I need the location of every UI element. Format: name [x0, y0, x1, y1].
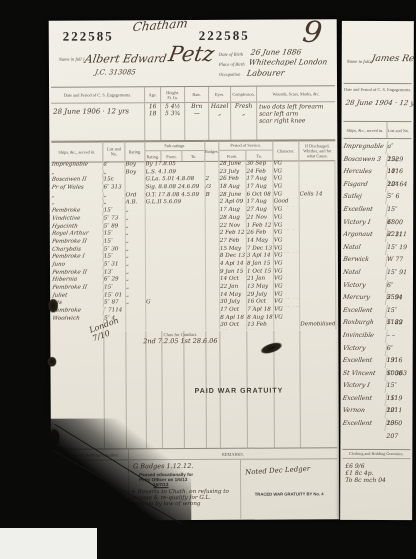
svc-discharge-cause	[300, 199, 336, 207]
svc-discharge-cause	[300, 306, 336, 314]
right-svc-ship: Impregnable	[342, 141, 388, 154]
svc-badge: 2	[206, 176, 220, 184]
svc-list-no: „	[104, 192, 126, 200]
svc-discharge-cause	[300, 314, 336, 322]
desc-header-height: Height. Ft. In.	[161, 87, 185, 102]
right-ship-row: Excellent 15″ 2211	[343, 393, 411, 406]
right-svc-ship: Berwick	[342, 254, 388, 267]
right-engagement-header: Date and Period of C. S. Engagements.	[344, 87, 412, 92]
right-ship-row: Invincible – –	[343, 330, 411, 343]
svc-rating: „	[126, 292, 146, 300]
svc-period-from: 2 Apl 09	[220, 199, 247, 207]
svc-rating	[126, 184, 146, 192]
svc-list-no: „	[104, 200, 126, 208]
svc-list-no: 5″ 30	[104, 246, 126, 254]
right-ship-row: Victory I 15″ 1119	[343, 380, 411, 393]
right-ship-row: Fisgard 10″ 64	[343, 179, 411, 192]
svc-badge	[206, 307, 220, 315]
right-svc-ship: Fisgard	[342, 179, 388, 192]
svc-list-no: 5″ 87	[104, 300, 126, 308]
svc-character: VG	[273, 168, 299, 176]
svc-header-list-no: List and No.	[103, 141, 125, 161]
svc-rating: „	[126, 246, 146, 254]
svc-period-from: 14 Oct 15	[220, 276, 247, 284]
desc-engagement-value: 28 June 1906 · 12 yrs	[51, 103, 145, 141]
right-svc-list-no: 10″ 64	[387, 179, 409, 192]
svc-discharge-cause	[300, 176, 336, 184]
name-reference-note: J.C. 313085	[94, 68, 136, 76]
svc-list-no: 15″ 6923	[104, 284, 126, 292]
service-number-left: 222585	[63, 28, 114, 44]
right-ship-row: Victory I 6″ 2211	[343, 216, 411, 229]
paid-war-gratuity-stamp: PAID WAR GRATUITY	[195, 388, 284, 395]
svc-ship: Pembroke II	[51, 238, 104, 246]
svc-character: VG 31.12.13	[274, 245, 300, 253]
svc-header-period-label: Period of Service.	[219, 141, 272, 151]
right-ship-row: Natal 15″ 91	[343, 267, 411, 280]
svc-period-to: 21 Nov 09	[247, 214, 274, 222]
svc-character: VG 31.12.09	[274, 214, 300, 222]
svc-period-to: 8 Aug 18	[247, 314, 274, 322]
pob-value: Whitechapel London	[248, 57, 328, 66]
svc-period-to: 7 Apl 18	[247, 307, 274, 315]
svc-period-to: 27 Aug 09	[247, 207, 274, 215]
service-table-header: Ships, &c., served in. List and No. Rati…	[51, 139, 335, 162]
right-svc-list-no: 15″ 2211	[387, 393, 409, 406]
svc-discharge-cause	[300, 214, 336, 222]
right-svc-ship: Argonaut	[342, 229, 388, 242]
svc-list-no: 5″ 73	[104, 215, 126, 223]
svc-character: VG 31.12.16	[274, 291, 300, 299]
right-ship-row: Boscawen 3 15c 1116	[343, 153, 411, 166]
svc-list-no: 5″ 89	[104, 223, 126, 231]
desc-marks-value: two dots left forearm scar left arm scar…	[257, 102, 335, 140]
right-ship-row: Natal 15″ 19	[343, 242, 411, 255]
svc-period-from: 23 July 07	[219, 168, 246, 176]
svc-header-period: Period of Service. From. To.	[219, 141, 273, 161]
desc-age-value: 16 18	[145, 103, 161, 141]
right-svc-list-no: 15″ 1189	[387, 305, 409, 318]
svc-rating	[126, 315, 146, 323]
svc-subheader-to: To.	[183, 151, 205, 161]
svc-character: Good 31.12.08	[274, 199, 300, 207]
right-svc-list-no: 6″ 2211	[387, 217, 409, 230]
name-label: Name in full }	[59, 57, 85, 62]
occupation-value: Labourer	[246, 69, 285, 78]
svc-header-badges: Badges.	[205, 141, 219, 161]
right-svc-list-no: 6″ 2594	[387, 280, 409, 293]
svc-rating	[126, 323, 146, 331]
right-engagement-value: 28 June 1904 · 12 y	[345, 99, 414, 107]
svc-discharge-cause	[300, 299, 336, 307]
svc-rating: „	[126, 238, 146, 246]
right-svc-ship: Excellent	[342, 355, 388, 368]
svc-period-from: 22 Jan 16	[220, 284, 247, 292]
svc-period-to: 17 Aug 08	[247, 176, 274, 184]
svc-header-ships: Ships, &c., served in.	[51, 141, 103, 161]
first-names-handwritten: Albert Edward	[84, 52, 168, 65]
svc-period-from: 22 Nov 09	[220, 222, 247, 230]
svc-header-subratings-label: Sub-ratings.	[145, 141, 204, 151]
svc-period-to: 16 Oct 17	[247, 299, 274, 307]
svc-discharge-cause	[299, 168, 335, 176]
svc-period-to: 13 Feb 19	[247, 322, 274, 330]
service-rows: Impregnable a″ 1111 Boy By 17.8.05 28 Ju…	[51, 160, 336, 331]
svc-badge	[206, 238, 220, 246]
svc-character: VG 31.12.06	[274, 191, 300, 199]
right-svc-ship: Natal	[342, 267, 388, 280]
svc-period-from: 14 May 16	[220, 291, 247, 299]
svc-list-no: 15″ 01	[104, 292, 126, 300]
svc-badge	[206, 315, 220, 323]
right-ship-row: Excellent 15″ 1189	[343, 305, 411, 318]
svc-rating: „	[126, 269, 146, 277]
svc-period-to: 14 May 13	[247, 237, 274, 245]
svc-discharge-cause	[299, 160, 335, 168]
right-svc-list-no: 15″ 1119	[387, 380, 409, 393]
svc-period-to: 29 July 16	[247, 291, 274, 299]
ledger-cell: Noted Dec Ledger TRACED WAR GRATUITY BY …	[241, 459, 337, 520]
svc-ship: Pr of Wales	[51, 185, 104, 193]
svc-rating: „	[126, 277, 146, 285]
svc-badge	[206, 215, 220, 223]
right-ship-row: Excellent 13″ 1000	[343, 355, 411, 368]
svc-list-no: 13″ 5288	[104, 269, 126, 277]
svc-rating: Boy	[125, 169, 145, 177]
right-svc-ship: Invincible	[342, 330, 388, 343]
svc-ship: Vindictive	[51, 215, 104, 223]
svc-period-to: 6 Oct 08	[247, 191, 274, 199]
svc-rating: „	[126, 300, 146, 308]
traced-war-gratuity-stamp: TRACED WAR GRATUITY BY No. 4	[241, 491, 337, 497]
dob-label: Date of Birth	[219, 52, 243, 57]
description-table: Date and Period of C. S. Engagements. Ag…	[51, 85, 335, 142]
right-svc-ship: Hercules	[342, 166, 388, 179]
svc-rating: „	[126, 223, 146, 231]
svc-subheader-rating: Rating.	[145, 151, 161, 161]
svc-list-no: 6″ 313	[104, 184, 126, 192]
svc-badge	[206, 222, 220, 230]
class-for-conduct: Class for Conduct. 2nd 7.2.05 1st 28.6.0…	[132, 332, 228, 346]
right-clothing-notes: £6 9/6 £1 8c 4p. To 8c mch 04	[345, 463, 386, 484]
svc-character	[274, 322, 300, 330]
svc-badge	[206, 199, 220, 207]
right-svc-ship: St Vincent	[342, 368, 388, 381]
right-svc-ship: Excellent	[342, 204, 388, 217]
svc-discharge-cause	[300, 291, 336, 299]
scanned-record-photo: { "main_page": { "service_number_left": …	[0, 0, 416, 559]
svc-list-no: 5″ 31	[104, 261, 126, 269]
right-svc-ship: Mercury	[342, 292, 388, 305]
desc-header-eyes: Eyes.	[209, 87, 231, 102]
right-svc-list-no: 10″ 224	[387, 166, 409, 179]
svc-period-from: 28 June 06	[220, 191, 247, 199]
svc-rating: „	[126, 284, 146, 292]
svc-list-no: ″ 7114	[104, 307, 126, 315]
svc-badge	[206, 268, 220, 276]
desc-hair-value: Brn —	[185, 103, 209, 141]
svc-period-to: 8 Jan 15	[247, 261, 274, 269]
right-svc-list-no: 15″ 91	[387, 267, 409, 280]
svc-period-to: 13 May 16	[247, 284, 274, 292]
svc-list-no: „	[103, 169, 125, 177]
right-svc-list-no: S″ 363	[387, 368, 409, 381]
svc-badge	[205, 169, 219, 177]
svc-period-to: 26 Feb 12	[247, 230, 274, 238]
svc-character: VG	[274, 176, 300, 184]
svc-period-to: 1 Feb 12	[247, 222, 274, 230]
svc-discharge-cause	[300, 245, 336, 253]
right-ship-row: Sutlej 5″ 6	[343, 191, 411, 204]
right-ship-row: Argonaut a″ 311	[343, 229, 411, 242]
class-for-conduct-value: 2nd 7.2.05 1st 28.6.06	[132, 337, 228, 346]
svc-discharge-cause	[300, 237, 336, 245]
svc-badge	[206, 261, 220, 269]
right-svc-ship: Victory I	[341, 380, 387, 393]
svc-character: VG 31.12.14	[274, 260, 300, 268]
ledger-note: Noted Dec Ledger	[241, 461, 315, 479]
right-svc-list-no: – –	[387, 330, 409, 343]
svc-period-from: 9 Jan 15	[220, 268, 247, 276]
record-page-main: 222585 Chatham 222585 9 Name in full } A…	[49, 19, 340, 521]
right-svc-list-no: 15″ 207	[386, 418, 408, 431]
svc-discharge-cause	[300, 283, 336, 291]
svc-badge: B	[206, 192, 220, 200]
svc-period-from: 27 Feb 12	[220, 238, 247, 246]
svc-period-from: 15 May 13	[220, 245, 247, 253]
svc-list-no: 15″ 980	[104, 254, 126, 262]
svc-badge	[206, 276, 220, 284]
svc-list-no: a″ 1111	[103, 161, 125, 169]
right-svc-list-no: W 77	[387, 254, 409, 267]
right-svc-list-no: 5″ 22	[387, 317, 409, 330]
svc-discharge-cause	[300, 253, 336, 261]
svc-ship: Pembroke I	[51, 254, 104, 262]
svc-character: VG 31.12.17	[274, 299, 300, 307]
right-clothing-header: Clothing and Bedding Gratuities.	[342, 451, 410, 459]
right-svc-ship: Vernon	[341, 405, 387, 418]
right-ships-header: Ships, &c., served in. List and No.	[343, 122, 411, 139]
svc-period-to: 24 Feb 08	[246, 168, 273, 176]
right-ship-row: Berwick W 77	[343, 254, 411, 267]
right-svc-ship: Excellent	[341, 393, 387, 406]
svc-ship: Pembroke II	[51, 284, 104, 292]
right-header-ships: Ships, &c., served in.	[343, 122, 387, 138]
svc-ship: Royal Arthur	[51, 231, 104, 239]
svc-ship: Pembroke	[52, 308, 105, 316]
right-ship-rows: Impregnable a″ 2229 Boscawen 3 15c 1116 …	[342, 141, 411, 431]
svc-subheader-from: From.	[161, 151, 183, 161]
record-page-right: Name in full } James Ree Date and Period…	[340, 21, 414, 520]
svc-period-to: 7 Dec 13	[247, 245, 274, 253]
right-svc-list-no: 15″ 19	[387, 242, 409, 255]
occupation-label: Occupation	[219, 72, 240, 77]
svc-discharge-cause	[300, 206, 336, 214]
svc-list-no: 15″ 22037	[104, 207, 126, 215]
svc-period-to: 21 Jan 16	[247, 276, 274, 284]
svc-character: VG 31.12.15	[274, 276, 300, 284]
right-svc-list-no: 15c 1116	[387, 154, 409, 167]
svc-rating	[126, 177, 146, 185]
svc-period-from: 2 Feb 12	[220, 230, 247, 238]
svc-character: VG	[274, 184, 300, 192]
svc-character: VG 31.12.09	[274, 207, 300, 215]
right-svc-ship: Victory	[342, 342, 388, 355]
right-svc-ship: Excellent	[342, 305, 388, 318]
svc-header-character: Character.	[273, 140, 299, 160]
svc-ship: Impregnable	[51, 161, 104, 169]
port-division-handwritten: Chatham	[132, 16, 189, 34]
right-ship-row: Victory 6″ 1916	[343, 342, 411, 355]
right-ship-row: Excellent 15″ 207	[342, 418, 410, 431]
svc-list-no: 6″ 29	[104, 277, 126, 285]
right-ship-row: St Vincent S″ 363	[343, 368, 411, 381]
right-ship-row: Impregnable a″ 2229	[343, 141, 411, 154]
svc-character: VG 31.12.11	[274, 222, 300, 230]
svc-discharge-cause	[300, 276, 336, 284]
svc-discharge-cause	[300, 222, 336, 230]
right-svc-list-no: a″ 2229	[387, 141, 409, 154]
right-svc-list-no: 15″ 1800	[387, 204, 409, 217]
svc-discharge-cause: Cells 14 days	[300, 191, 336, 199]
svc-rating: „	[126, 261, 146, 269]
svc-badge	[206, 284, 220, 292]
svc-discharge-cause	[300, 268, 336, 276]
svc-badge	[206, 207, 220, 215]
right-name-label: Name in full }	[347, 59, 373, 64]
svc-badge	[206, 322, 220, 330]
svc-character: VG	[274, 283, 300, 291]
svc-badge	[206, 292, 220, 300]
right-ship-row: Excellent 15″ 1800	[343, 204, 411, 217]
svc-rating	[126, 307, 146, 315]
svc-character: VG	[274, 253, 300, 261]
svc-character: VG	[274, 307, 300, 315]
svc-rating: „	[126, 207, 146, 215]
pob-label: Place of Birth	[219, 62, 245, 67]
desc-height-value: 5 4½ 5 3¾	[161, 103, 185, 141]
svc-period-from: 18 Aug 08	[220, 184, 247, 192]
right-svc-list-no: 5″ 6	[387, 191, 409, 204]
svc-badge	[206, 230, 220, 238]
svc-rating: „	[126, 254, 146, 262]
svc-ship: Juno	[51, 261, 104, 269]
right-svc-list-no: 5″ 91	[387, 292, 409, 305]
right-svc-ship: Victory I	[342, 216, 388, 229]
right-svc-ship: Natal	[342, 242, 388, 255]
edge-smudge	[48, 299, 58, 313]
svc-period-to: 17 Aug 09	[247, 184, 274, 192]
svc-period-from: 30 July 16	[220, 299, 247, 307]
svc-discharge-cause: Demobilised	[300, 322, 336, 330]
svc-discharge-cause	[300, 260, 336, 268]
right-name-value: James Ree	[371, 54, 414, 64]
right-ship-row: Roxburgh 5″ 22	[343, 317, 411, 330]
right-svc-ship: Roxburgh	[342, 317, 388, 330]
right-svc-ship: Sutlej	[342, 191, 388, 204]
svc-subheader-period-to: To.	[246, 151, 273, 161]
svc-period-to: 1 Oct 15	[247, 268, 274, 276]
svc-list-no: 15″ 352	[104, 231, 126, 239]
svc-period-from: 17 Oct 17	[220, 307, 247, 315]
svc-character: VG	[274, 230, 300, 238]
right-ship-row: Victory 6″ 2594	[343, 279, 411, 292]
svc-character: VG 31.12.12	[274, 237, 300, 245]
right-ship-row: Hercules 10″ 224	[343, 166, 411, 179]
svc-header-cause: If Discharged, Whither, and for what Cau…	[299, 140, 335, 160]
right-ship-row: Vernon 10″ 2060	[342, 405, 410, 418]
svc-badge: /3	[206, 184, 220, 192]
right-svc-list-no: 13″ 1000	[387, 355, 409, 368]
svc-header-rating: Rating.	[125, 141, 145, 161]
edge-smudge	[47, 357, 56, 367]
right-header-list-no: List and No.	[387, 122, 409, 138]
svc-period-to: 17 Aug 09	[247, 199, 274, 207]
desc-header-complexion: Complexion.	[231, 87, 257, 102]
desc-header-marks: Wounds, Scars, Marks, &c.	[257, 86, 335, 101]
svc-rating: Boy	[125, 161, 145, 169]
desc-header-engagement: Date and Period of C. S. Engagements.	[51, 87, 145, 102]
svc-period-from: 4 Apl 14	[220, 261, 247, 269]
right-svc-list-no: 10″ 2060	[386, 406, 408, 419]
svc-ship: Pembroke	[51, 208, 104, 216]
svc-period-from: 17 Aug 09	[220, 207, 247, 215]
svc-list-no: 15″ 4880	[104, 238, 126, 246]
svc-rating: Ord	[126, 192, 146, 200]
right-svc-ship: Boscawen 3	[342, 153, 388, 166]
svc-subheader-period-from: From.	[219, 151, 246, 161]
corner-shadow	[41, 418, 192, 529]
svc-subrating	[146, 322, 206, 330]
desc-header-age: Age.	[145, 87, 161, 102]
svc-discharge-cause	[300, 183, 336, 191]
svc-period-to: 3 Apl 14	[247, 253, 274, 261]
svc-badge	[206, 245, 220, 253]
photo-white-patch	[0, 528, 97, 559]
svc-badge	[206, 253, 220, 261]
desc-eyes-value: Hazel „	[209, 103, 231, 141]
desc-complexion-value: Fresh „	[231, 103, 257, 141]
right-svc-ship: Excellent	[341, 418, 387, 431]
svc-badge	[205, 161, 219, 169]
right-svc-list-no: 6″ 1916	[387, 343, 409, 356]
right-svc-list-no: a″ 311	[387, 229, 409, 242]
dob-value: 26 June 1886	[250, 47, 302, 56]
svc-period-from: 26 Feb 08	[220, 176, 247, 184]
svc-header-subratings: Sub-ratings. Rating. From. To.	[145, 141, 205, 161]
svc-period-from: 28 Aug 09	[220, 215, 247, 223]
surname-handwritten: Petz	[167, 42, 216, 66]
corner-ink-mark: 9	[301, 14, 325, 51]
svc-period-from: 8 Dec 13	[220, 253, 247, 261]
svc-badge	[206, 299, 220, 307]
svc-discharge-cause	[300, 229, 336, 237]
svc-character: VG	[274, 314, 300, 322]
svc-rating: A.B.	[126, 200, 146, 208]
desc-header-hair: Hair.	[185, 87, 209, 102]
right-svc-ship: Victory	[342, 279, 388, 292]
svc-rating: „	[126, 215, 146, 223]
svc-period-from: 28 June 06	[219, 161, 246, 169]
svc-list-no: 15c 1381	[104, 177, 126, 185]
svc-character: VG	[274, 268, 300, 276]
svc-period-to: 30 Sep 06	[246, 161, 273, 169]
svc-period-from: 8 Apl 18	[220, 314, 247, 322]
svc-character: VG	[273, 160, 299, 168]
svc-period-from: 30 Oct 18	[220, 322, 247, 330]
right-ship-row: Mercury 5″ 91	[343, 292, 411, 305]
svc-rating: „	[126, 230, 146, 238]
